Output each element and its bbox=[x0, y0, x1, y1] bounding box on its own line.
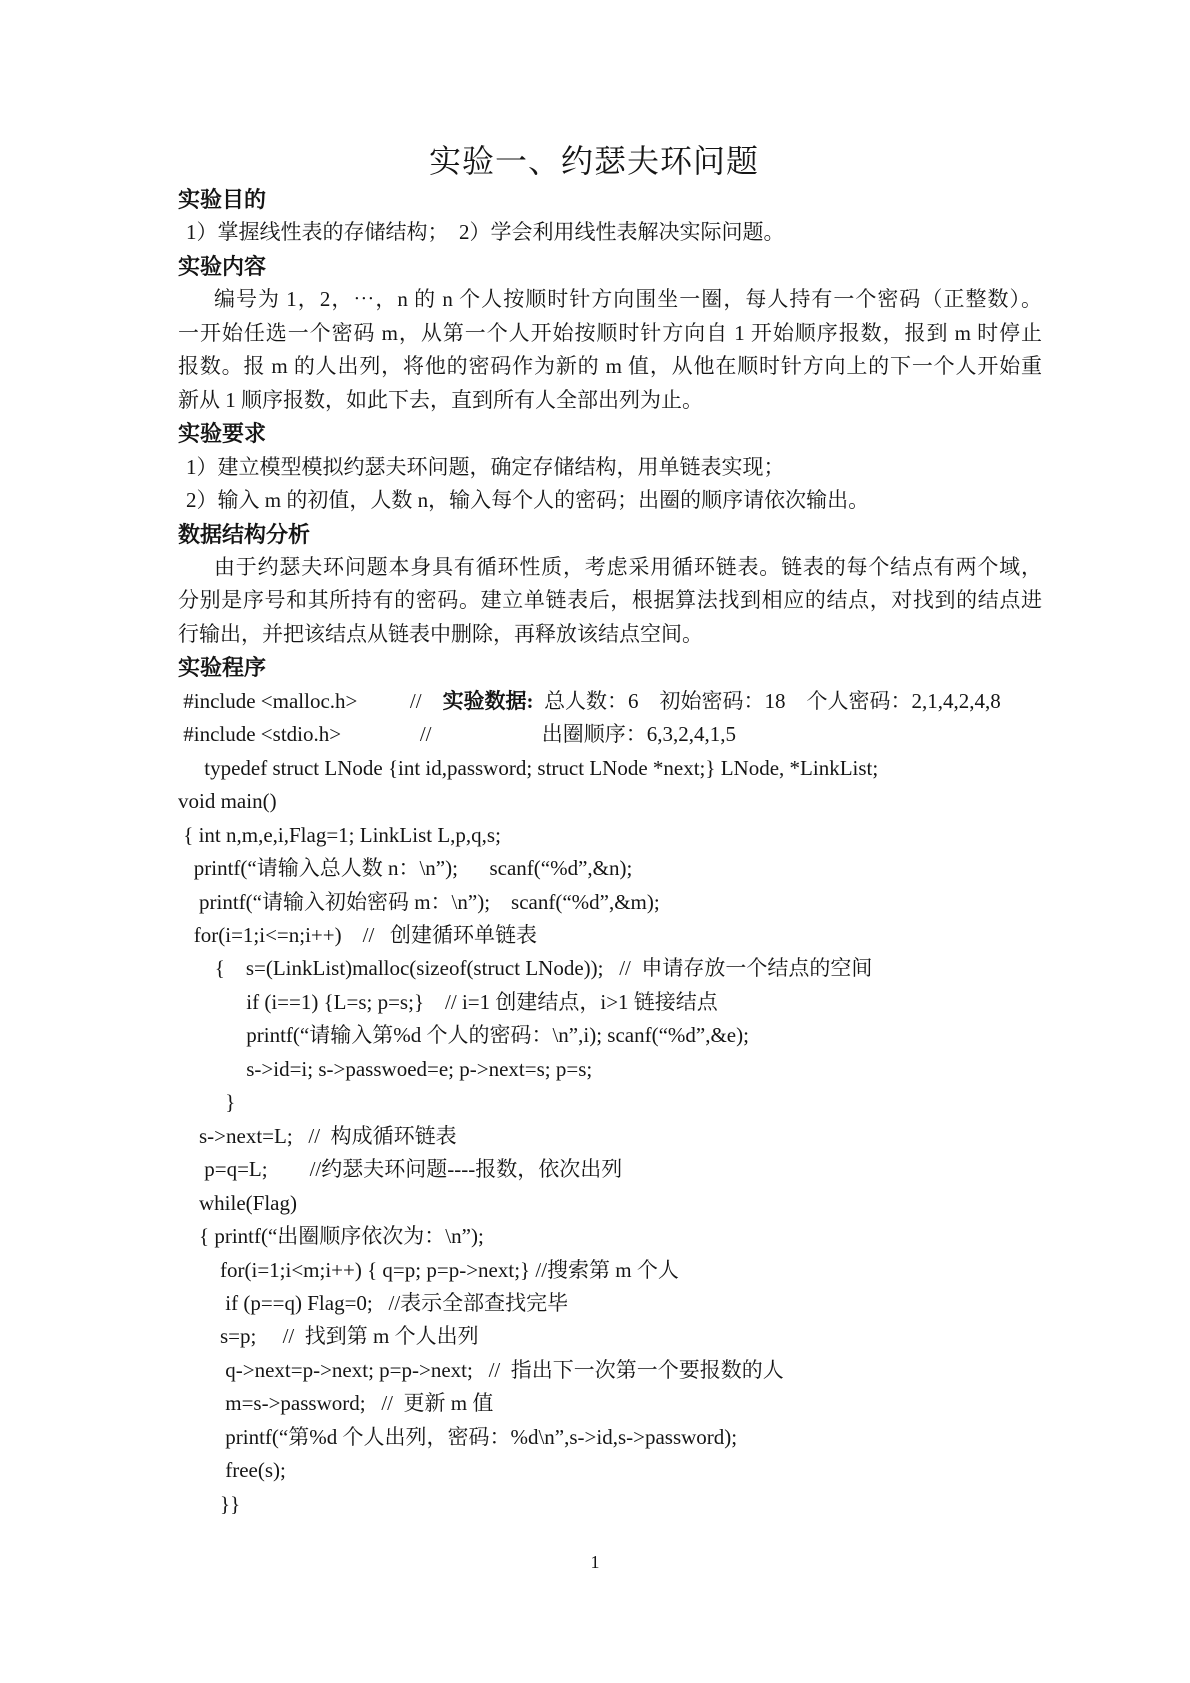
code-line: void main() bbox=[178, 785, 1042, 818]
content-paragraph-line: 新从 1 顺序报数，如此下去，直到所有人全部出列为止。 bbox=[178, 384, 1042, 417]
content-paragraph-line: 编号为 1，2，⋯，n 的 n 个人按顺时针方向围坐一圈，每人持有一个密码（正整… bbox=[178, 283, 1042, 316]
code-line: q->next=p->next; p=p->next; // 指出下一次第一个要… bbox=[178, 1354, 1042, 1387]
code-line: p=q=L; //约瑟夫环问题----报数，依次出列 bbox=[178, 1153, 1042, 1186]
code-line: if (i==1) {L=s; p=s;} // i=1 创建结点，i>1 链接… bbox=[178, 986, 1042, 1019]
section-heading-analysis: 数据结构分析 bbox=[178, 518, 1042, 551]
code-line: free(s); bbox=[178, 1454, 1042, 1487]
code-line: #include <malloc.h> // 实验数据: 总人数：6 初始密码：… bbox=[178, 685, 1042, 718]
analysis-paragraph-line: 由于约瑟夫环问题本身具有循环性质，考虑采用循环链表。链表的每个结点有两个域， bbox=[178, 551, 1042, 584]
document-content: 实验一、约瑟夫环问题 实验目的 1）掌握线性表的存储结构； 2）学会利用线性表解… bbox=[178, 139, 1042, 1521]
content-paragraph-line: 报数。报 m 的人出列，将他的密码作为新的 m 值，从他在顺时针方向上的下一个人… bbox=[178, 350, 1042, 383]
code-line: while(Flag) bbox=[178, 1187, 1042, 1220]
code-line: s->id=i; s->passwoed=e; p->next=s; p=s; bbox=[178, 1053, 1042, 1086]
code-line: printf(“请输入第%d 个人的密码：\n”,i); scanf(“%d”,… bbox=[178, 1019, 1042, 1052]
code-line: printf(“请输入初始密码 m：\n”); scanf(“%d”,&m); bbox=[178, 886, 1042, 919]
code-line: } bbox=[178, 1086, 1042, 1119]
code-line: m=s->password; // 更新 m 值 bbox=[178, 1387, 1042, 1420]
code-line: for(i=1;i<m;i++) { q=p; p=p->next;} //搜索… bbox=[178, 1254, 1042, 1287]
code-text: 总人数：6 初始密码：18 个人密码：2,1,4,2,4,8 bbox=[534, 689, 1001, 713]
analysis-paragraph-line: 行输出，并把该结点从链表中删除，再释放该结点空间。 bbox=[178, 618, 1042, 651]
code-comment-bold-label: 实验数据: bbox=[443, 689, 534, 713]
code-line: { printf(“出圈顺序依次为：\n”); bbox=[178, 1220, 1042, 1253]
section-heading-content: 实验内容 bbox=[178, 250, 1042, 283]
code-line: for(i=1;i<=n;i++) // 创建循环单链表 bbox=[178, 919, 1042, 952]
code-line: s->next=L; // 构成循环链表 bbox=[178, 1120, 1042, 1153]
code-line: s=p; // 找到第 m 个人出列 bbox=[178, 1320, 1042, 1353]
requirement-list-item: 2）输入 m 的初值，人数 n，输入每个人的密码；出圈的顺序请依次输出。 bbox=[178, 484, 1042, 517]
analysis-paragraph-line: 分别是序号和其所持有的密码。建立单链表后，根据算法找到相应的结点，对找到的结点进 bbox=[178, 584, 1042, 617]
code-line: printf(“请输入总人数 n：\n”); scanf(“%d”,&n); bbox=[178, 852, 1042, 885]
document-title: 实验一、约瑟夫环问题 bbox=[162, 139, 1026, 183]
requirement-list-item: 1）建立模型模拟约瑟夫环问题，确定存储结构，用单链表实现； bbox=[178, 451, 1042, 484]
code-line: }} bbox=[178, 1488, 1042, 1521]
code-line: typedef struct LNode {int id,password; s… bbox=[178, 752, 1042, 785]
code-line: printf(“第%d 个人出列，密码：%d\n”,s->id,s->passw… bbox=[178, 1421, 1042, 1454]
section-heading-purpose: 实验目的 bbox=[178, 183, 1042, 216]
section-heading-requirements: 实验要求 bbox=[178, 417, 1042, 450]
code-line: { int n,m,e,i,Flag=1; LinkList L,p,q,s; bbox=[178, 819, 1042, 852]
page-number: 1 bbox=[0, 1548, 1190, 1576]
code-text: #include <malloc.h> // bbox=[178, 689, 443, 713]
code-line: { s=(LinkList)malloc(sizeof(struct LNode… bbox=[178, 952, 1042, 985]
code-line: if (p==q) Flag=0; //表示全部查找完毕 bbox=[178, 1287, 1042, 1320]
document-page: 实验一、约瑟夫环问题 实验目的 1）掌握线性表的存储结构； 2）学会利用线性表解… bbox=[0, 0, 1190, 1683]
content-paragraph-line: 一开始任选一个密码 m，从第一个人开始按顺时针方向自 1 开始顺序报数，报到 m… bbox=[178, 317, 1042, 350]
section-heading-program: 实验程序 bbox=[178, 651, 1042, 684]
code-line: #include <stdio.h> // 出圈顺序：6,3,2,4,1,5 bbox=[178, 718, 1042, 751]
purpose-list-item: 1）掌握线性表的存储结构； 2）学会利用线性表解决实际问题。 bbox=[178, 216, 1042, 249]
